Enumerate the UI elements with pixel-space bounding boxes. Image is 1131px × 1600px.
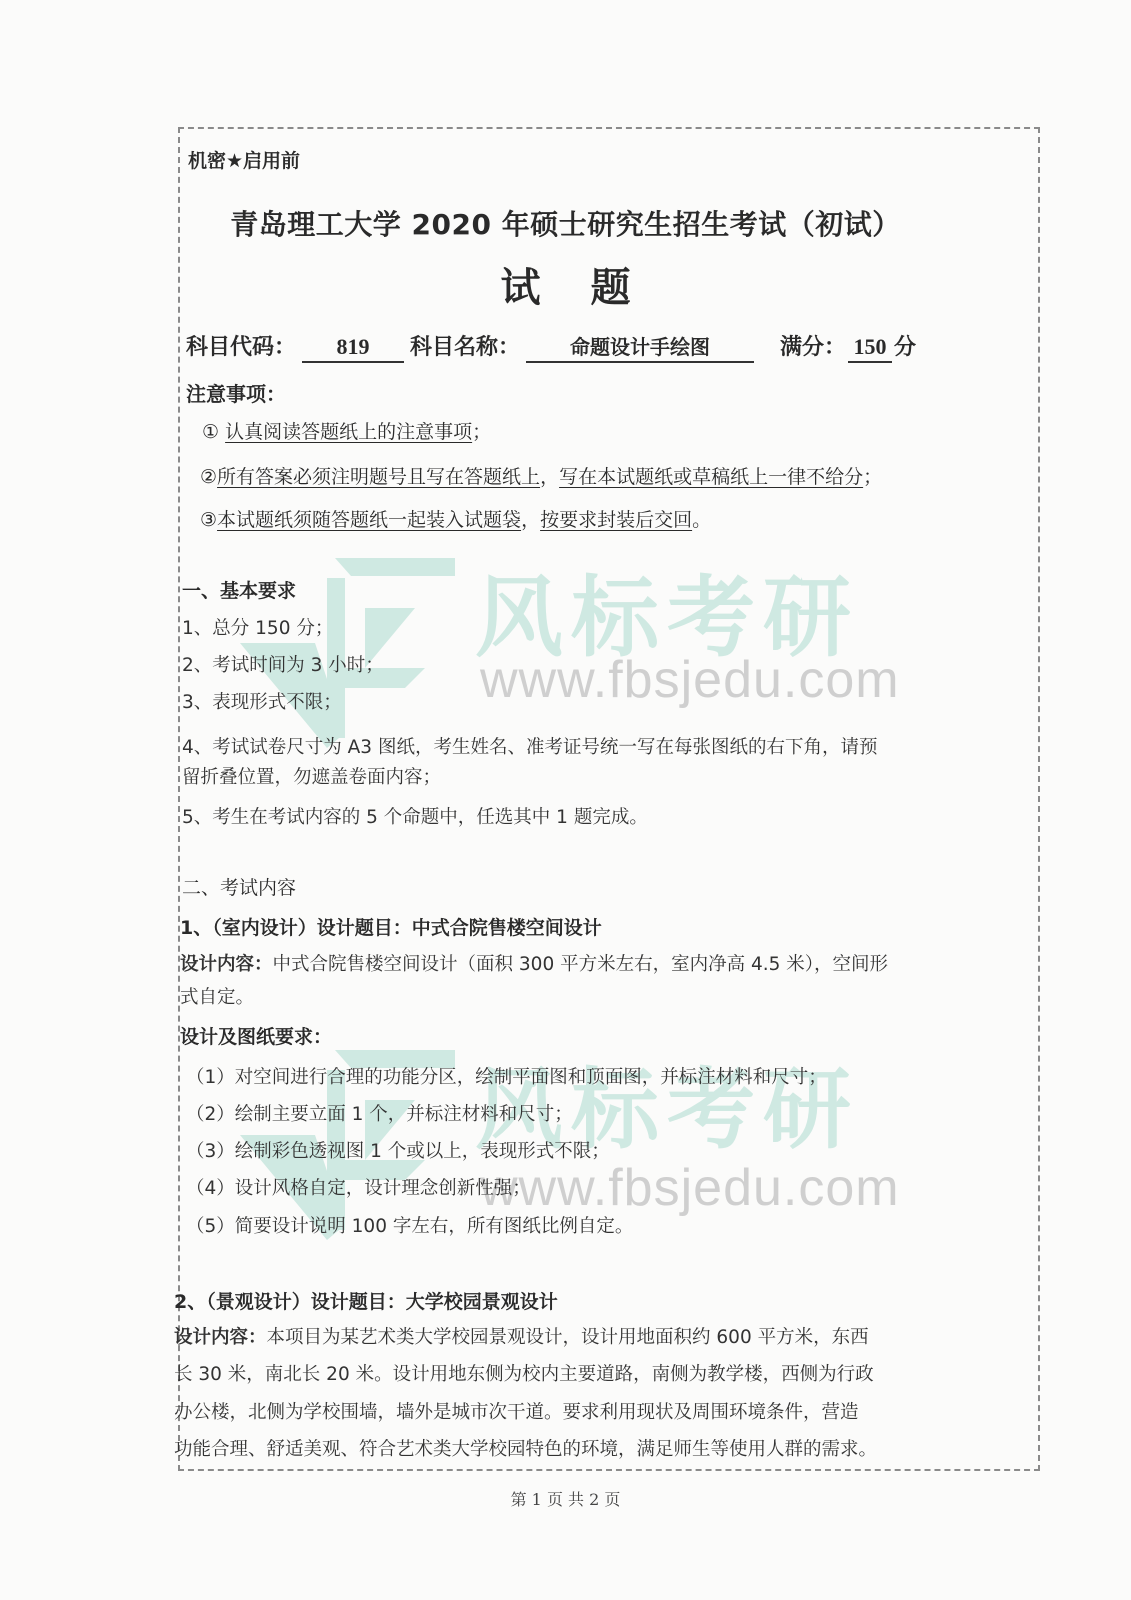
exam-subtitle: 试 题: [0, 256, 1131, 313]
section-content-title: 二、考试内容: [182, 873, 296, 900]
notice-title: 注意事项：: [186, 378, 286, 407]
question-2-desc: 设计内容：本项目为某艺术类大学校园景观设计，设计用地面积约 600 平方米，东西: [174, 1323, 869, 1349]
exam-title: 青岛理工大学 2020 年硕士研究生招生考试（初试）: [0, 203, 1131, 243]
section-basic-title: 一、基本要求: [182, 576, 296, 603]
question-1-req-4: （4）设计风格自定，设计理念创新性强；: [186, 1174, 531, 1200]
question-1-req-1: （1）对空间进行合理的功能分区，绘制平面图和顶面图，并标注材料和尺寸；: [186, 1063, 827, 1089]
exam-border: [178, 127, 1040, 1471]
question-2-title: 2、（景观设计）设计题目：大学校园景观设计: [174, 1287, 558, 1314]
question-1-desc-cont: 式自定。: [180, 983, 254, 1009]
notice-item-3: ③本试题纸须随答题纸一起装入试题袋，按要求封装后交回。: [200, 505, 711, 532]
full-score-label: 满分：: [780, 335, 846, 360]
question-1-req-5: （5）简要设计说明 100 字左右，所有图纸比例自定。: [186, 1212, 633, 1238]
question-2-desc-line-2: 长 30 米，南北长 20 米。设计用地东侧为校内主要道路，南侧为教学楼，西侧为…: [174, 1360, 874, 1386]
subject-name-value: 命题设计手绘图: [526, 331, 754, 363]
full-score-unit: 分: [894, 335, 916, 360]
basic-item-4-cont: 留折叠位置，勿遮盖卷面内容；: [182, 763, 441, 789]
subject-code-label: 科目代码：: [186, 335, 296, 360]
subject-name-label: 科目名称：: [410, 335, 520, 360]
basic-item-2: 2、考试时间为 3 小时；: [182, 651, 384, 677]
notice-marker: ①: [202, 421, 219, 443]
notice-item-2: ②所有答案必须注明题号且写在答题纸上，写在本试题纸或草稿纸上一律不给分；: [200, 462, 882, 489]
question-2-desc-line-3: 办公楼，北侧为学校围墙，墙外是城市次干道。要求利用现状及周围环境条件，营造: [174, 1398, 859, 1424]
subject-meta: 科目代码：819科目名称：命题设计手绘图满分：150分: [186, 330, 916, 363]
basic-item-3: 3、表现形式不限；: [182, 688, 342, 714]
notice-item-1: ① 认真阅读答题纸上的注意事项；: [202, 417, 491, 444]
basic-item-5: 5、考生在考试内容的 5 个命题中，任选其中 1 题完成。: [182, 803, 648, 829]
basic-item-4: 4、考试试卷尺寸为 A3 图纸，考生姓名、准考证号统一写在每张图纸的右下角，请预: [182, 733, 877, 759]
question-1-title: 1、（室内设计）设计题目：中式合院售楼空间设计: [180, 913, 602, 940]
question-2-desc-line-4: 功能合理、舒适美观、符合艺术类大学校园特色的环境，满足师生等使用人群的需求。: [174, 1435, 877, 1461]
question-1-req-title: 设计及图纸要求：: [180, 1022, 332, 1049]
question-1-desc: 设计内容：中式合院售楼空间设计（面积 300 平方米左右，室内净高 4.5 米）…: [180, 950, 888, 976]
question-1-req-3: （3）绘制彩色透视图 1 个或以上，表现形式不限；: [186, 1137, 610, 1163]
full-score-value: 150: [848, 334, 892, 363]
subject-code-value: 819: [302, 334, 404, 363]
notice-marker: ③: [200, 509, 217, 531]
basic-item-1: 1、总分 150 分；: [182, 614, 333, 640]
page-number: 第 1 页 共 2 页: [0, 1487, 1131, 1510]
question-1-req-2: （2）绘制主要立面 1 个，并标注材料和尺寸；: [186, 1100, 573, 1126]
confidential-label: 机密★启用前: [188, 146, 300, 173]
notice-marker: ②: [200, 466, 217, 488]
